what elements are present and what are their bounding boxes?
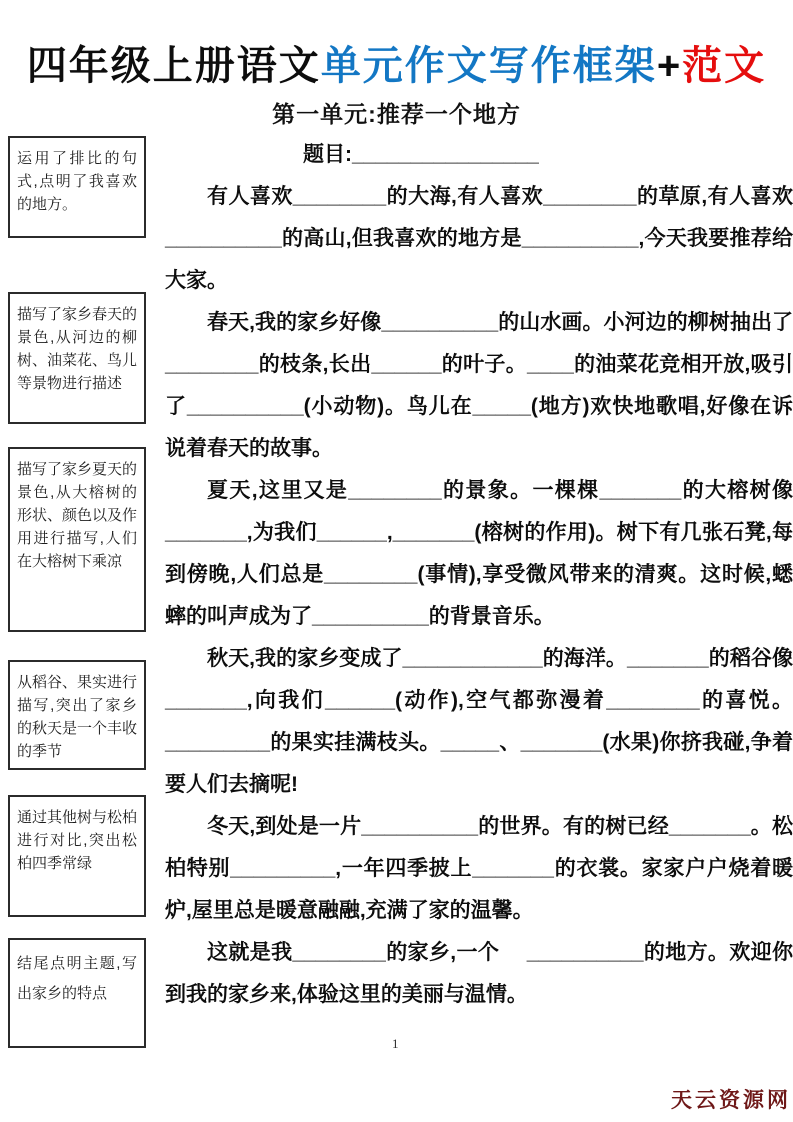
annotation-box-winter: 通过其他树与松柏进行对比,突出松柏四季常绿	[8, 795, 146, 917]
annotation-box-spring: 描写了家乡春天的景色,从河边的柳树、油菜花、鸟儿等景物进行描述	[8, 292, 146, 424]
annotation-text: 结尾点明主题,写出家乡的特点	[17, 955, 137, 1002]
annotation-box-autumn: 从稻谷、果实进行描写,突出了家乡的秋天是一个丰收的季节	[8, 660, 146, 770]
annotation-text: 描写了家乡夏天的景色,从大榕树的形状、颜色以及作用进行描写,人们在大榕树下乘凉	[17, 461, 137, 570]
annotation-box-ending: 结尾点明主题,写出家乡的特点	[8, 938, 146, 1048]
annotation-text: 通过其他树与松柏进行对比,突出松柏四季常绿	[17, 809, 137, 872]
annotation-text: 运用了排比的句式,点明了我喜欢的地方。	[17, 150, 137, 213]
unit-subtitle: 第一单元:推荐一个地方	[0, 96, 793, 129]
paragraph-autumn: 秋天,我的家乡变成了____________的海洋。_______的稻谷像___…	[165, 638, 793, 806]
title-grade-segment: 四年级上册语文	[27, 44, 321, 88]
watermark-site-name: 天云资源网	[671, 1084, 791, 1114]
paragraph-spring: 春天,我的家乡好像__________的山水画。小河边的柳树抽出了_______…	[165, 302, 793, 470]
title-framework-segment: 单元作文写作框架	[321, 44, 657, 88]
paragraph-intro: 有人喜欢________的大海,有人喜欢________的草原,有人喜欢____…	[165, 176, 793, 302]
worksheet-page: 四年级上册语文单元作文写作框架+范文 第一单元:推荐一个地方 运用了排比的句式,…	[0, 0, 793, 1122]
annotation-box-intro: 运用了排比的句式,点明了我喜欢的地方。	[8, 136, 146, 238]
paragraph-winter: 冬天,到处是一片__________的世界。有的树已经_______。松柏特别_…	[165, 806, 793, 932]
essay-body: 题目:________________ 有人喜欢________的大海,有人喜欢…	[165, 134, 793, 1016]
topic-blank-line: 题目:________________	[303, 134, 793, 176]
title-plus-sign: +	[657, 44, 682, 88]
page-title: 四年级上册语文单元作文写作框架+范文	[0, 0, 793, 90]
paragraph-ending: 这就是我________的家乡,一个 __________的地方。欢迎你到我的家…	[165, 932, 793, 1016]
title-model-essay-segment: 范文	[682, 44, 766, 88]
annotation-box-summer: 描写了家乡夏天的景色,从大榕树的形状、颜色以及作用进行描写,人们在大榕树下乘凉	[8, 447, 146, 632]
paragraph-summer: 夏天,这里又是________的景象。一棵棵_______的大榕树像______…	[165, 470, 793, 638]
annotation-text: 描写了家乡春天的景色,从河边的柳树、油菜花、鸟儿等景物进行描述	[17, 306, 137, 392]
page-number: 1	[392, 1036, 399, 1052]
annotation-text: 从稻谷、果实进行描写,突出了家乡的秋天是一个丰收的季节	[17, 674, 137, 760]
